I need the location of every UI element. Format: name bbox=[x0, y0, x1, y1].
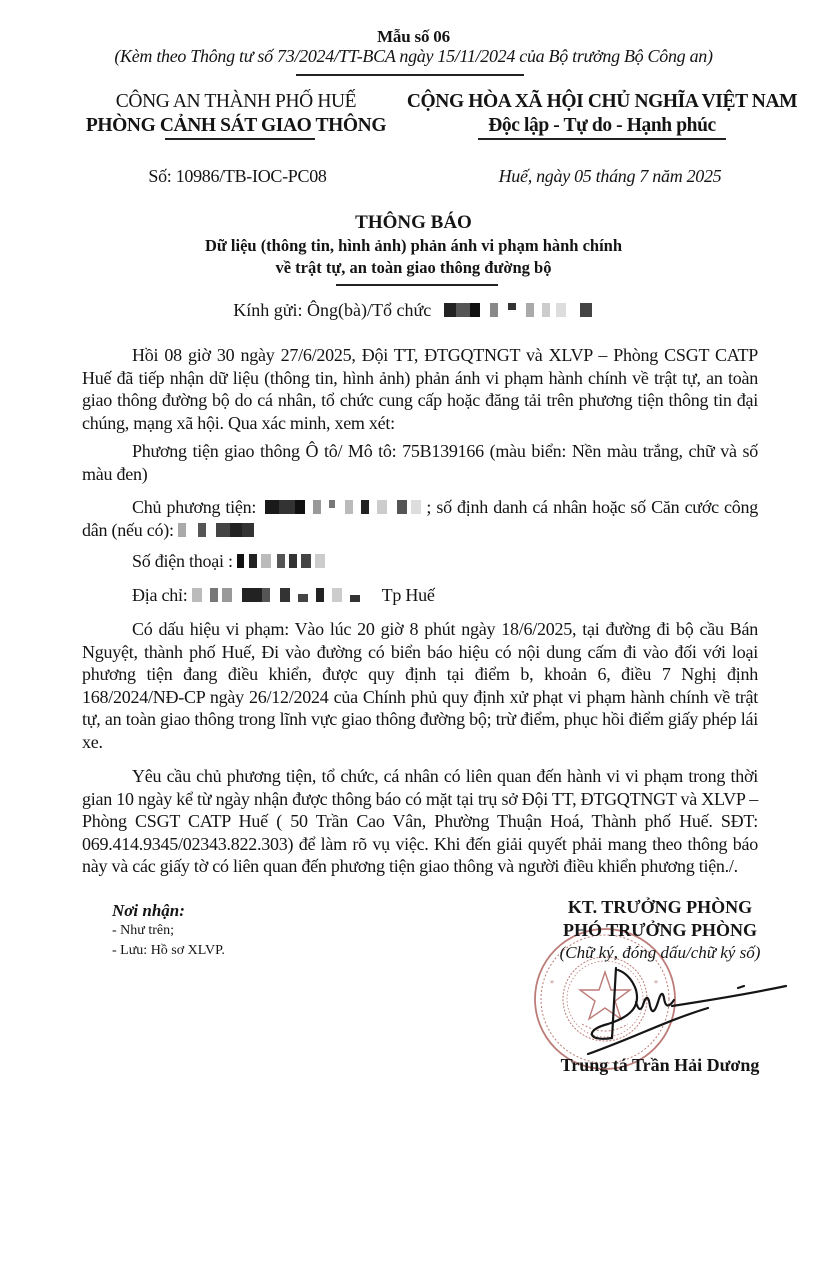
place-date: Huế, ngày 05 tháng 7 năm 2025 bbox=[420, 166, 800, 187]
agency-department: PHÒNG CẢNH SÁT GIAO THÔNG bbox=[66, 114, 406, 138]
recipient-item: - Như trên; bbox=[112, 921, 225, 941]
address-label: Địa chỉ: bbox=[132, 585, 187, 605]
svg-text:*: * bbox=[550, 979, 554, 988]
nation-name: CỘNG HÒA XÃ HỘI CHỦ NGHĨA VIỆT NAM bbox=[392, 90, 812, 114]
document-title: THÔNG BÁO bbox=[0, 212, 827, 234]
signer-name: Trung tá Trần Hải Dương bbox=[520, 1055, 800, 1076]
paragraph-phone: Số điện thoại : bbox=[82, 550, 758, 573]
recipients-block: Nơi nhận: - Như trên; - Lưu: Hồ sơ XLVP. bbox=[112, 900, 225, 961]
divider bbox=[296, 74, 524, 76]
form-reference: (Kèm theo Thông tư số 73/2024/TT-BCA ngà… bbox=[0, 46, 827, 67]
divider bbox=[165, 138, 315, 140]
agency-parent: CÔNG AN THÀNH PHỐ HUẾ bbox=[66, 90, 406, 114]
redacted-phone bbox=[237, 554, 329, 568]
address-city: Tp Huế bbox=[382, 585, 435, 605]
document-number: Số: 10986/TB-IOC-PC08 bbox=[70, 166, 405, 187]
subtitle-line1: Dữ liệu (thông tin, hình ảnh) phản ánh v… bbox=[0, 235, 827, 257]
recipients-heading: Nơi nhận: bbox=[112, 900, 225, 921]
redacted-recipient bbox=[444, 303, 594, 317]
redacted-id-number bbox=[178, 523, 268, 537]
signer-authority: KT. TRƯỞNG PHÒNG bbox=[520, 896, 800, 919]
phone-label: Số điện thoại : bbox=[132, 551, 233, 571]
greeting: Kính gửi: Ông(bà)/Tổ chức bbox=[0, 300, 827, 321]
redacted-owner-name bbox=[261, 500, 426, 514]
divider bbox=[478, 138, 726, 140]
subtitle-line2: về trật tự, an toàn giao thông đường bộ bbox=[0, 257, 827, 279]
signature-icon bbox=[578, 950, 788, 1060]
paragraph-violation: Có dấu hiệu vi phạm: Vào lúc 20 giờ 8 ph… bbox=[82, 618, 758, 754]
paragraph-vehicle: Phương tiện giao thông Ô tô/ Mô tô: 75B1… bbox=[82, 440, 758, 485]
signature-note: (Chữ ký, đóng dấu/chữ ký số) bbox=[520, 942, 800, 964]
signature-block: KT. TRƯỞNG PHÒNG PHÓ TRƯỞNG PHÒNG (Chữ k… bbox=[520, 896, 800, 964]
signer-position: PHÓ TRƯỞNG PHÒNG bbox=[520, 919, 800, 942]
issuing-agency: CÔNG AN THÀNH PHỐ HUẾ PHÒNG CẢNH SÁT GIA… bbox=[66, 90, 406, 138]
recipient-item: - Lưu: Hồ sơ XLVP. bbox=[112, 941, 225, 961]
redacted-address bbox=[192, 588, 378, 602]
national-header: CỘNG HÒA XÃ HỘI CHỦ NGHĨA VIỆT NAM Độc l… bbox=[392, 90, 812, 138]
form-number: Mẫu số 06 bbox=[0, 27, 827, 47]
paragraph-address: Địa chỉ: Tp Huế bbox=[82, 584, 758, 607]
paragraph-intro: Hồi 08 giờ 30 ngày 27/6/2025, Đội TT, ĐT… bbox=[82, 344, 758, 434]
nation-motto: Độc lập - Tự do - Hạnh phúc bbox=[392, 114, 812, 138]
owner-label: Chủ phương tiện: bbox=[132, 497, 256, 517]
divider bbox=[336, 284, 498, 286]
paragraph-owner: Chủ phương tiện: ; số định danh cá nhân … bbox=[82, 496, 758, 541]
paragraph-request: Yêu cầu chủ phương tiện, tổ chức, cá nhâ… bbox=[82, 765, 758, 878]
document-subtitle: Dữ liệu (thông tin, hình ảnh) phản ánh v… bbox=[0, 235, 827, 279]
greeting-label: Kính gửi: Ông(bà)/Tổ chức bbox=[233, 300, 431, 320]
